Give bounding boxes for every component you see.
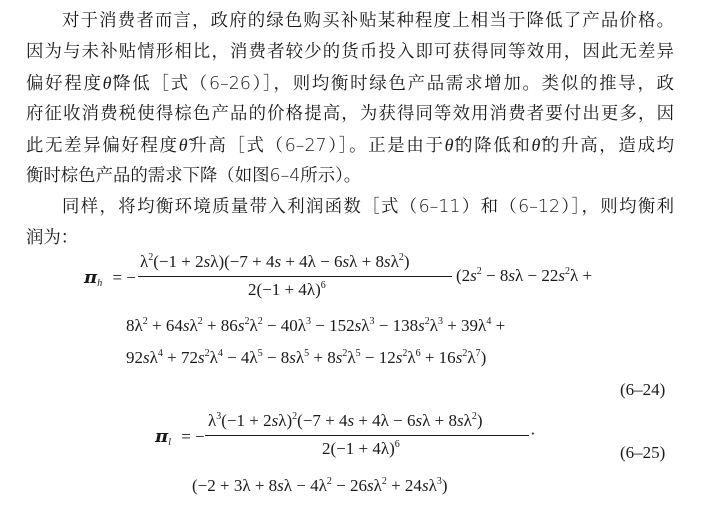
multiply-dot: · [530, 424, 536, 444]
paragraph-1-line-4: 府征收消费税使得棕色产品的价格提高，为获得同等效用消费者要付出更多，因 [26, 99, 674, 130]
pi-symbol: π [84, 267, 97, 288]
text-run: 偏好程度 [26, 74, 103, 94]
pi-symbol: π [155, 426, 168, 447]
text-run: 升高［式（6–27）］。正是由于 [188, 136, 445, 156]
equation-lhs: πl = − [155, 426, 205, 447]
equals-minus: = − [112, 268, 135, 287]
equation-number: (6–24) [620, 380, 665, 400]
fraction-bar [138, 276, 452, 277]
paragraph-1-line-5: 此无差异偏好程度θ̃升高［式（6–27）］。正是由于θ̂的降低和θ̃的升高，造成… [26, 130, 674, 161]
equation-tail: (2s2 − 8sλ − 22s2λ + [456, 266, 592, 286]
paragraph-1-line-1: 对于消费者而言，政府的绿色购买补贴某种程度上相当于降低了产品价格。 [62, 6, 674, 37]
numerator: λ2(−1 + 2sλ)(−7 + 4s + 4λ − 6sλ + 8sλ2) [140, 252, 410, 272]
paragraph-2-line-2: 润为： [26, 223, 674, 254]
equals-minus: = − [181, 427, 204, 446]
subscript: l [168, 437, 171, 448]
equation-number: (6–25) [620, 443, 665, 463]
equation-line-2: (−2 + 3λ + 8sλ − 4λ2 − 26sλ2 + 24sλ3) [192, 476, 447, 496]
text-run: 的降低和 [453, 136, 531, 156]
equation-line-2: 8λ2 + 64sλ2 + 86s2λ2 − 40λ3 − 152sλ3 − 1… [126, 316, 505, 336]
theta-tilde-symbol: θ̃ [179, 135, 188, 155]
subscript: h [97, 278, 102, 289]
equation-line-3: 92sλ4 + 72s2λ4 − 4λ5 − 8sλ5 + 8s2λ5 − 12… [126, 348, 486, 368]
paragraph-2-line-1: 同样，将均衡环境质量带入利润函数［式（6–11）和（6–12）］，则均衡利 [62, 192, 674, 223]
text-run: 此无差异偏好程度 [26, 136, 179, 156]
numerator: λ3(−1 + 2sλ)2(−7 + 4s + 4λ − 6sλ + 8sλ2) [208, 411, 483, 431]
text-run: 降低［式（6–26）］，则均衡时绿色产品需求增加。类似的推导，政 [111, 74, 674, 94]
paragraph-1-line-3: 偏好程度θ̂降低［式（6–26）］，则均衡时绿色产品需求增加。类似的推导，政 [26, 68, 674, 99]
paragraph-1-line-2: 因为与未补贴情形相比，消费者较少的货币投入即可获得同等效用，因此无差异 [26, 37, 674, 68]
denominator: 2(−1 + 4λ)6 [248, 280, 326, 300]
text-run: 的升高，造成均 [540, 136, 674, 156]
paragraph-1-line-6: 衡时棕色产品的需求下降（如图6–4所示）。 [26, 161, 674, 192]
equation-lhs: πh = − [84, 267, 136, 288]
theta-tilde-symbol: θ̃ [531, 135, 540, 155]
denominator: 2(−1 + 4λ)6 [322, 439, 400, 459]
fraction-bar [205, 435, 529, 436]
